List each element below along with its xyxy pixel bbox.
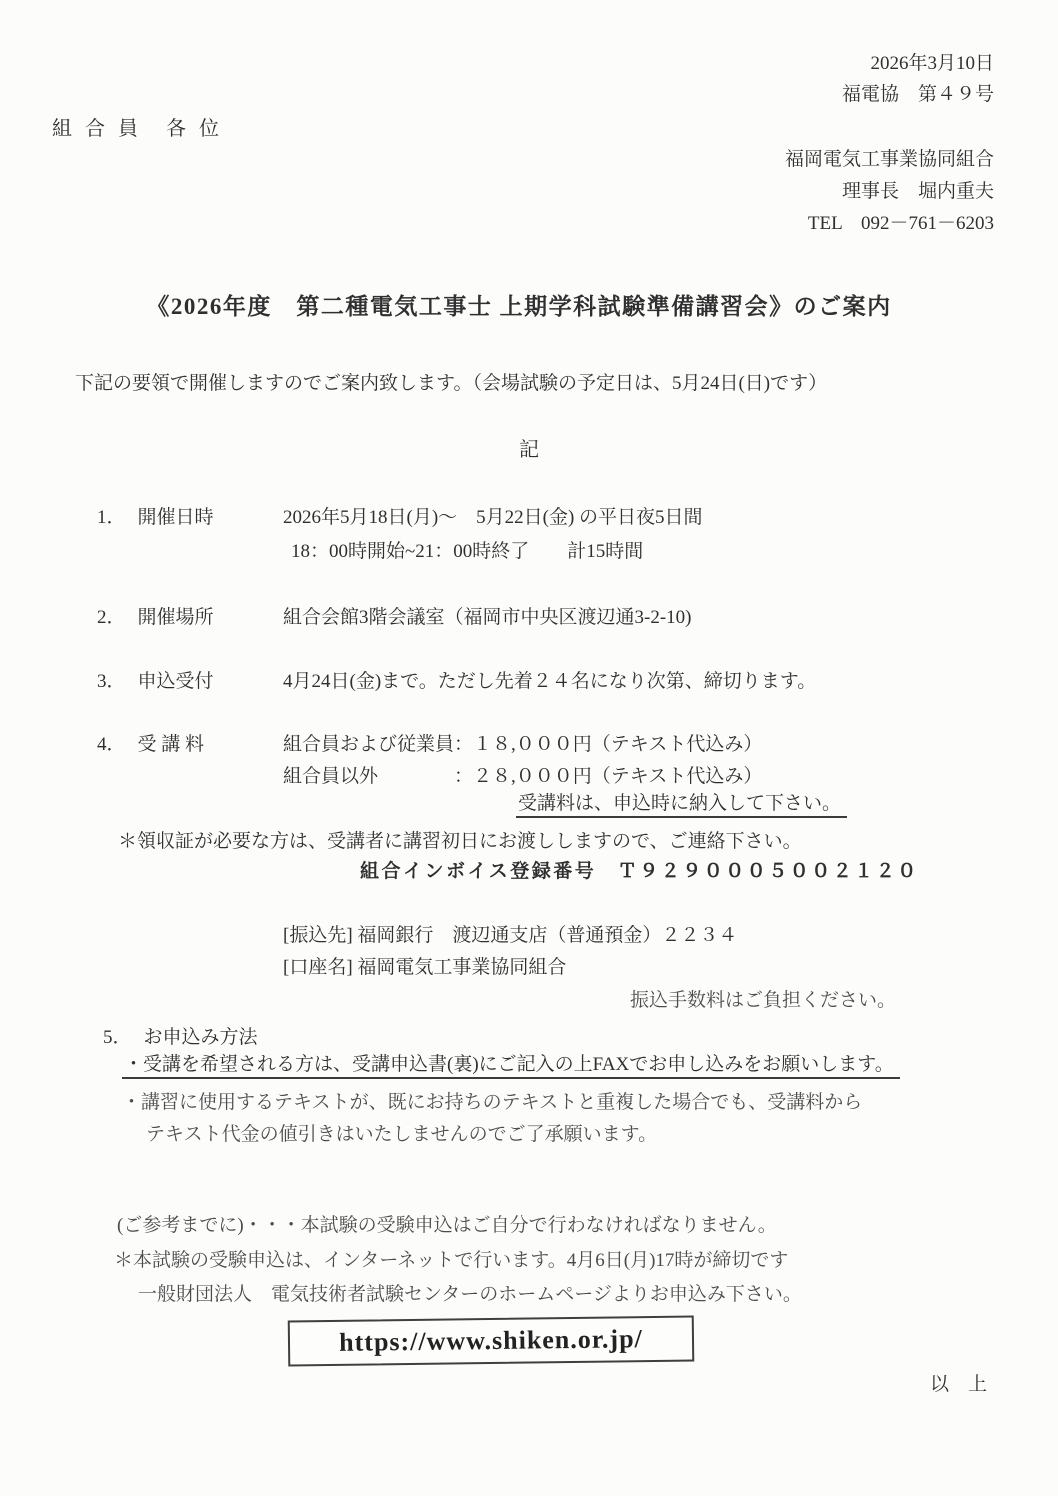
application-bullet-2-line-1: ・講習に使用するテキストが、既にお持ちのテキストと重複した場合でも、受講料から: [122, 1091, 862, 1115]
org-name: 福岡電気工事業協同組合: [785, 148, 994, 172]
intro-line: 下記の要領で開催しますのでご案内致します。（会場試験の予定日は、5月24日(日)…: [75, 372, 827, 396]
bank-account-line: [口座名] 福岡電気工事業協同組合: [283, 956, 566, 980]
president-line: 理事長 堀内重夫: [842, 180, 994, 204]
notice-title: 《2026年度 第二種電気工事士 上期学科試験準備講習会》のご案内: [0, 293, 1048, 322]
item-2-line-1: 組合会館3階会議室（福岡市中央区渡辺通3-2-10): [283, 606, 691, 630]
closing-mark: 以 上: [930, 1373, 987, 1397]
transfer-fee-note: 振込手数料はご負担ください。: [630, 989, 896, 1013]
scanned-letter-page: 2026年3月10日 福電協 第４９号 福岡電気工事業協同組合 理事長 堀内重夫…: [0, 0, 1058, 1496]
doc-number: 福電協 第４９号: [842, 83, 994, 107]
record-marker: 記: [0, 438, 1058, 463]
application-number: 5．: [103, 1027, 132, 1048]
item-1-label: 開催日時: [138, 507, 214, 528]
url-box: https://www.shiken.or.jp/: [288, 1316, 695, 1367]
application-label: お申込み方法: [144, 1027, 258, 1048]
item-3-heading: 3．申込受付: [97, 670, 214, 694]
application-bullet-2-line-2: テキスト代金の値引きはいたしませんのでご了承願います。: [146, 1123, 657, 1147]
item-4-number: 4．: [97, 734, 126, 755]
invoice-number-line: 組合インボイス登録番号 Ｔ９２９０００５００２１２０: [360, 860, 919, 884]
item-1-number: 1．: [97, 507, 126, 528]
item-4-line-1: 組合員および従業員：１８,０００円（テキスト代込み）: [283, 733, 762, 757]
item-3-label: 申込受付: [138, 671, 214, 692]
exam-apply-note-2: 一般財団法人 電気技術者試験センターのホームページよりお申込み下さい。: [138, 1283, 802, 1307]
item-4-label: 受 講 料: [138, 734, 205, 755]
payment-note-text: 受講料は、申込時に納入して下さい。: [516, 793, 847, 818]
exam-apply-note-1: ＊本試験の受験申込は、インターネットで行います。4月6日(月)17時が締切です: [114, 1249, 788, 1273]
recipient-line: 組 合 員 各 位: [52, 117, 223, 142]
header-date: 2026年3月10日: [870, 52, 994, 76]
tel-line: TEL 092－761－6203: [808, 212, 994, 236]
item-1-line-2: 18：00時開始~21：00時終了 計15時間: [291, 540, 643, 564]
item-1-heading: 1．開催日時: [97, 506, 214, 530]
reference-note: (ご参考までに)・・・本試験の受験申込はご自分で行わなければなりません。: [117, 1214, 777, 1238]
payment-note: 受講料は、申込時に納入して下さい。: [516, 792, 847, 816]
item-4-heading: 4．受 講 料: [97, 733, 204, 757]
exam-center-url: https://www.shiken.or.jp/: [339, 1324, 643, 1358]
application-bullet-1-text: ・受講を希望される方は、受講申込書(裏)にご記入の上FAXでお申し込みをお願いし…: [122, 1054, 900, 1079]
application-bullet-1: ・受講を希望される方は、受講申込書(裏)にご記入の上FAXでお申し込みをお願いし…: [122, 1053, 900, 1077]
item-2-number: 2．: [97, 607, 126, 628]
item-2-label: 開催場所: [138, 607, 214, 628]
item-3-number: 3．: [97, 671, 126, 692]
item-4-line-2: 組合員以外 ：２８,０００円（テキスト代込み）: [283, 765, 762, 789]
bank-transfer-line: [振込先] 福岡銀行 渡辺通支店（普通預金）２２３４: [283, 924, 737, 948]
application-heading: 5．お申込み方法: [103, 1026, 258, 1050]
item-2-heading: 2．開催場所: [97, 606, 214, 630]
item-3-line-1: 4月24日(金)まで。ただし先着２４名になり次第、締切ります。: [283, 670, 816, 694]
item-1-line-1: 2026年5月18日(月)～ 5月22日(金) の平日夜5日間: [283, 506, 703, 530]
receipt-note: ＊領収証が必要な方は、受講者に講習初日にお渡ししますので、ご連絡下さい。: [118, 830, 802, 854]
